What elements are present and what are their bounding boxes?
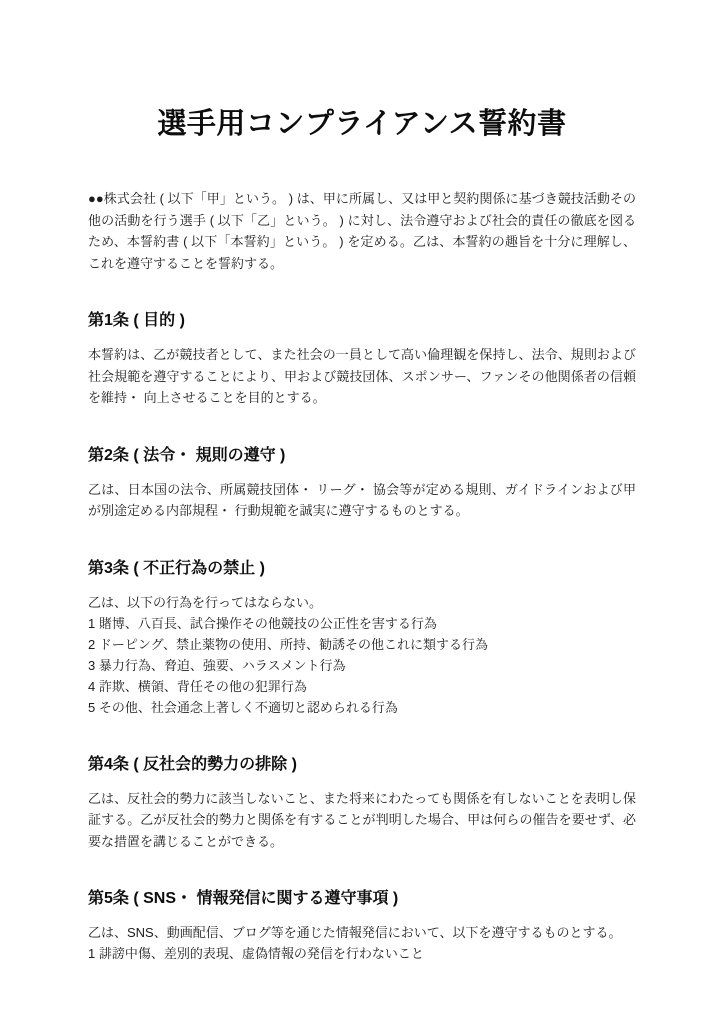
article-5-lead-line: 乙は、SNS、動画配信、ブログ等を通じた情報発信において、以下を遵守するものとす…	[88, 922, 636, 943]
article-section-1: 第1条 ( 目的 ) 本誓約は、乙が競技者として、また社会の一員として高い倫理観…	[88, 310, 636, 409]
article-3-item-2: 2 ドーピング、禁止薬物の使用、所持、勧誘その他これに類する行為	[88, 634, 636, 655]
article-3-heading: 第3条 ( 不正行為の禁止 )	[88, 558, 636, 580]
document-title: 選手用コンプライアンス誓約書	[88, 104, 636, 144]
article-5-item-1: 1 誹謗中傷、差別的表現、虚偽情報の発信を行わないこと	[88, 943, 636, 964]
article-3-item-3: 3 暴力行為、脅迫、強要、ハラスメント行為	[88, 655, 636, 676]
article-section-4: 第4条 ( 反社会的勢力の排除 ) 乙は、反社会的勢力に該当しないこと、また将来…	[88, 754, 636, 853]
article-3-item-1: 1 賭博、八百長、試合操作その他競技の公正性を害する行為	[88, 613, 636, 634]
article-3-lead-line: 乙は、以下の行為を行ってはならない。	[88, 592, 636, 613]
article-2-heading: 第2条 ( 法令・ 規則の遵守 )	[88, 445, 636, 467]
article-1-heading: 第1条 ( 目的 )	[88, 310, 636, 332]
document-content: 選手用コンプライアンス誓約書 ●●株式会社 ( 以下「甲」という。 ) は、甲に…	[0, 0, 724, 964]
article-5-heading: 第5条 ( SNS・ 情報発信に関する遵守事項 )	[88, 888, 636, 910]
document-page: 選手用コンプライアンス誓約書 ●●株式会社 ( 以下「甲」という。 ) は、甲に…	[0, 0, 724, 1024]
article-4-paragraph: 乙は、反社会的勢力に該当しないこと、また将来にわたっても関係を有しないことを表明…	[88, 788, 636, 853]
article-section-2: 第2条 ( 法令・ 規則の遵守 ) 乙は、日本国の法令、所属競技団体・ リーグ・…	[88, 445, 636, 522]
article-2-paragraph: 乙は、日本国の法令、所属競技団体・ リーグ・ 協会等が定める規則、ガイドラインお…	[88, 479, 636, 522]
article-section-3: 第3条 ( 不正行為の禁止 ) 乙は、以下の行為を行ってはならない。 1 賭博、…	[88, 558, 636, 718]
article-1-paragraph: 本誓約は、乙が競技者として、また社会の一員として高い倫理観を保持し、法令、規則お…	[88, 344, 636, 409]
article-section-5: 第5条 ( SNS・ 情報発信に関する遵守事項 ) 乙は、SNS、動画配信、ブロ…	[88, 888, 636, 964]
article-4-heading: 第4条 ( 反社会的勢力の排除 )	[88, 754, 636, 776]
article-3-item-5: 5 その他、社会通念上著しく不適切と認められる行為	[88, 697, 636, 718]
article-3-item-4: 4 詐欺、横領、背任その他の犯罪行為	[88, 676, 636, 697]
preamble-paragraph: ●●株式会社 ( 以下「甲」という。 ) は、甲に所属し、又は甲と契約関係に基づ…	[88, 188, 636, 274]
